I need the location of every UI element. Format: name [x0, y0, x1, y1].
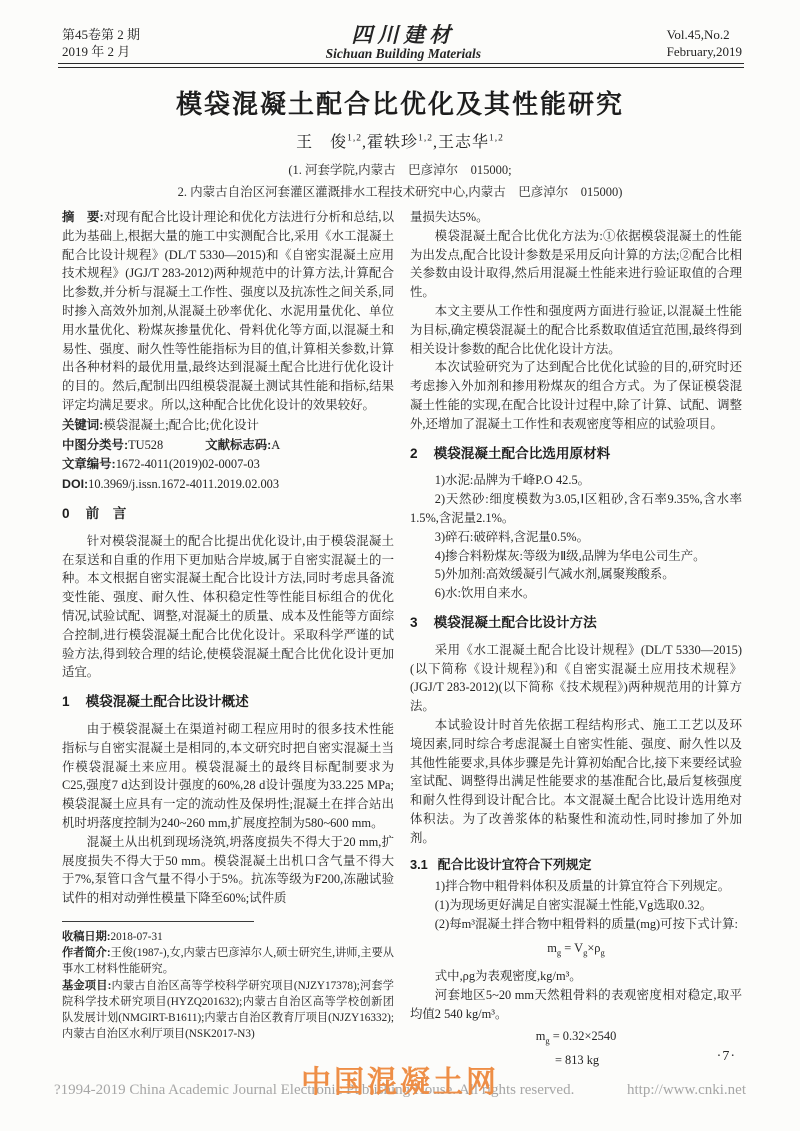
- paragraph: 模袋混凝土配合比优化方法为:①依据模袋混凝土的性能为出发点,配合比设计参数是采用…: [410, 227, 742, 302]
- formula-term: m: [536, 1029, 546, 1043]
- formula-note: 式中,ρg为表观密度,kg/m³。: [410, 967, 742, 986]
- paragraph: 混凝土从出机到现场浇筑,坍落度损失不得大于20 mm,扩展度损失不得大于50 m…: [62, 833, 394, 908]
- list-item: 3)碎石:破碎料,含泥量0.5%。: [410, 528, 742, 547]
- received-date: 2018-07-31: [110, 931, 162, 943]
- list-item: 4)掺合料粉煤灰:等级为Ⅱ级,品牌为华电公司生产。: [410, 547, 742, 566]
- section-title: 模袋混凝土配合比选用原材料: [434, 445, 611, 464]
- volume-issue-en: Vol.45,No.2 February,2019: [667, 26, 742, 60]
- doi: DOI:10.3969/j.issn.1672-4011.2019.02.003: [62, 475, 394, 494]
- list-item: 5)外加剂:高效缓凝引气减水剂,属聚羧酸系。: [410, 565, 742, 584]
- journal-page: 第45卷第 2 期 2019 年 2 月 四川建材 Sichuan Buildi…: [0, 0, 800, 1131]
- watermark: 中国混凝土网: [0, 1057, 800, 1101]
- section-heading-3-1: 3.1配合比设计宜符合下列规定: [410, 856, 742, 875]
- author-name: 王 俊: [296, 134, 347, 151]
- paragraph: 本文主要从工作性和强度两方面进行验证,以混凝土性能为目标,确定模袋混凝土的配合比…: [410, 302, 742, 358]
- doc-code: 文献标志码:A: [205, 436, 280, 455]
- journal-logo: 四川建材 Sichuan Building Materials: [320, 24, 487, 64]
- right-column: 量损失达5%。 模袋混凝土配合比优化方法为:①依据模袋混凝土的性能为出发点,配合…: [410, 208, 742, 1051]
- author-sup: 1,2: [418, 134, 433, 144]
- clc: 中图分类号:TU528: [62, 436, 163, 455]
- volume-line-en: Vol.45,No.2: [667, 26, 742, 43]
- paragraph: 本次试验研究为了达到配合比优化试验的目的,研究时还考虑掺入外加剂和掺用粉煤灰的组…: [410, 358, 742, 433]
- fund-label: 基金项目:: [62, 980, 111, 992]
- header-divider: [58, 63, 744, 68]
- keywords-label: 关键词:: [62, 418, 103, 432]
- section-heading-0: 0前 言: [62, 505, 394, 524]
- doi-label: DOI:: [62, 477, 88, 491]
- footnote-bio: 作者简介:王俊(1987-),女,内蒙古巴彦淖尔人,硕士研究生,讲师,主要从事水…: [62, 945, 394, 977]
- paragraph: 本试验设计时首先依据工程结构形式、施工工艺以及环境因素,同时综合考虑混凝土自密实…: [410, 716, 742, 848]
- section-number: 0: [62, 505, 70, 524]
- fund-text: 内蒙古自治区高等学校科学研究项目(NJZY17378);河套学院科学技术研究项目…: [62, 980, 394, 1041]
- keywords-text: 模袋混凝土;配合比;优化设计: [103, 418, 259, 432]
- bio-text: 王俊(1987-),女,内蒙古巴彦淖尔人,硕士研究生,讲师,主要从事水工材料性能…: [62, 947, 394, 975]
- journal-name-cn: 四川建材: [320, 24, 487, 46]
- formula-term: ×ρ: [587, 941, 600, 955]
- formula-term: m: [547, 941, 557, 955]
- left-column: 摘 要:对现有配合比设计理论和优化方法进行分析和总结,以此为基础上,根据大量的施…: [62, 208, 394, 1051]
- list-item: (2)每m³混凝土拌合物中粗骨料的质量(mg)可按下式计算:: [410, 915, 742, 934]
- classification-line: 中图分类号:TU528 文献标志码:A: [62, 436, 394, 455]
- author-sup: 1,2: [489, 134, 504, 144]
- author-name: 王志华: [438, 134, 489, 151]
- volume-issue: 第45卷第 2 期 2019 年 2 月: [62, 26, 140, 60]
- formula-term: = 0.32×2540: [550, 1029, 617, 1043]
- abstract-text: 对现有配合比设计理论和优化方法进行分析和总结,以此为基础上,根据大量的施工中实测…: [62, 210, 394, 412]
- section-heading-3: 3模袋混凝土配合比设计方法: [410, 614, 742, 633]
- clc-label: 中图分类号:: [62, 438, 128, 452]
- author-name: 霍轶珍: [367, 134, 418, 151]
- paragraph: 河套地区5~20 mm天然粗骨料的表观密度相对稳定,取平均值2 540 kg/m…: [410, 986, 742, 1024]
- footnote-divider: [62, 921, 254, 922]
- footnote-received: 收稿日期:2018-07-31: [62, 929, 394, 945]
- page-title: 模袋混凝土配合比优化及其性能研究: [0, 84, 800, 121]
- article-id-label: 文章编号:: [62, 457, 116, 471]
- paragraph: 针对模袋混凝土的配合比提出优化设计,由于模袋混凝土在泵送和自重的作用下更加贴合岸…: [62, 532, 394, 682]
- journal-name-en: Sichuan Building Materials: [320, 46, 487, 64]
- paragraph: 采用《水工混凝土配合比设计规程》(DL/T 5330—2015)(以下简称《设计…: [410, 641, 742, 716]
- section-heading-1: 1模袋混凝土配合比设计概述: [62, 693, 394, 712]
- section-title: 模袋混凝土配合比设计概述: [86, 693, 249, 712]
- section-heading-2: 2模袋混凝土配合比选用原材料: [410, 445, 742, 464]
- date-line-cn: 2019 年 2 月: [62, 43, 140, 60]
- section-number: 1: [62, 693, 70, 712]
- article-body: 摘 要:对现有配合比设计理论和优化方法进行分析和总结,以此为基础上,根据大量的施…: [62, 208, 742, 1051]
- doi-value: 10.3969/j.issn.1672-4011.2019.02.003: [88, 477, 279, 491]
- section-number: 3: [410, 614, 418, 633]
- formula-line: mg = 0.32×2540: [536, 1027, 617, 1050]
- abstract-label: 摘 要:: [62, 210, 104, 224]
- keywords: 关键词:模袋混凝土;配合比;优化设计: [62, 416, 394, 435]
- footnote-fund: 基金项目:内蒙古自治区高等学校科学研究项目(NJZY17378);河套学院科学技…: [62, 978, 394, 1043]
- date-line-en: February,2019: [667, 43, 742, 60]
- list-item: 6)水:饮用自来水。: [410, 584, 742, 603]
- received-label: 收稿日期:: [62, 931, 110, 943]
- formula-term: = V: [561, 941, 583, 955]
- continuation-text: 量损失达5%。: [410, 208, 742, 227]
- article-id-value: 1672-4011(2019)02-0007-03: [116, 457, 260, 471]
- list-item: (1)为现场更好满足自密实混凝土性能,Vg选取0.32。: [410, 896, 742, 915]
- clc-value: TU528: [128, 438, 163, 452]
- page-header: 第45卷第 2 期 2019 年 2 月 四川建材 Sichuan Buildi…: [62, 26, 742, 64]
- author-sup: 1,2: [347, 134, 362, 144]
- doc-code-label: 文献标志码:: [205, 438, 271, 452]
- author-list: 王 俊1,2,霍轶珍1,2,王志华1,2: [0, 129, 800, 152]
- article-id: 文章编号:1672-4011(2019)02-0007-03: [62, 455, 394, 474]
- list-item: 1)水泥:品牌为千峰P.O 42.5。: [410, 471, 742, 490]
- list-item: 1)拌合物中粗骨料体积及质量的计算宜符合下列规定。: [410, 877, 742, 896]
- section-title: 前 言: [86, 505, 127, 524]
- affiliation-line: 2. 内蒙古自治区河套灌区灌溉排水工程技术研究中心,内蒙古 巴彦淖尔 01500…: [0, 182, 800, 200]
- section-title: 配合比设计宜符合下列规定: [438, 856, 592, 875]
- paragraph: 由于模袋混凝土在渠道衬砌工程应用时的很多技术性能指标与自密实混凝土是相同的,本文…: [62, 720, 394, 833]
- affiliation-line: (1. 河套学院,内蒙古 巴彦淖尔 015000;: [0, 160, 800, 178]
- bio-label: 作者简介:: [62, 947, 111, 959]
- section-number: 2: [410, 445, 418, 464]
- formula-sub: g: [600, 947, 604, 957]
- doc-code-value: A: [271, 438, 280, 452]
- volume-line: 第45卷第 2 期: [62, 26, 140, 43]
- formula-mg: mg = Vg×ρg: [410, 939, 742, 962]
- list-item: 2)天然砂:细度模数为3.05,Ⅰ区粗砂,含石率9.35%,含水率1.5%,含泥…: [410, 490, 742, 528]
- abstract: 摘 要:对现有配合比设计理论和优化方法进行分析和总结,以此为基础上,根据大量的施…: [62, 208, 394, 415]
- section-title: 模袋混凝土配合比设计方法: [434, 614, 597, 633]
- section-number: 3.1: [410, 856, 428, 875]
